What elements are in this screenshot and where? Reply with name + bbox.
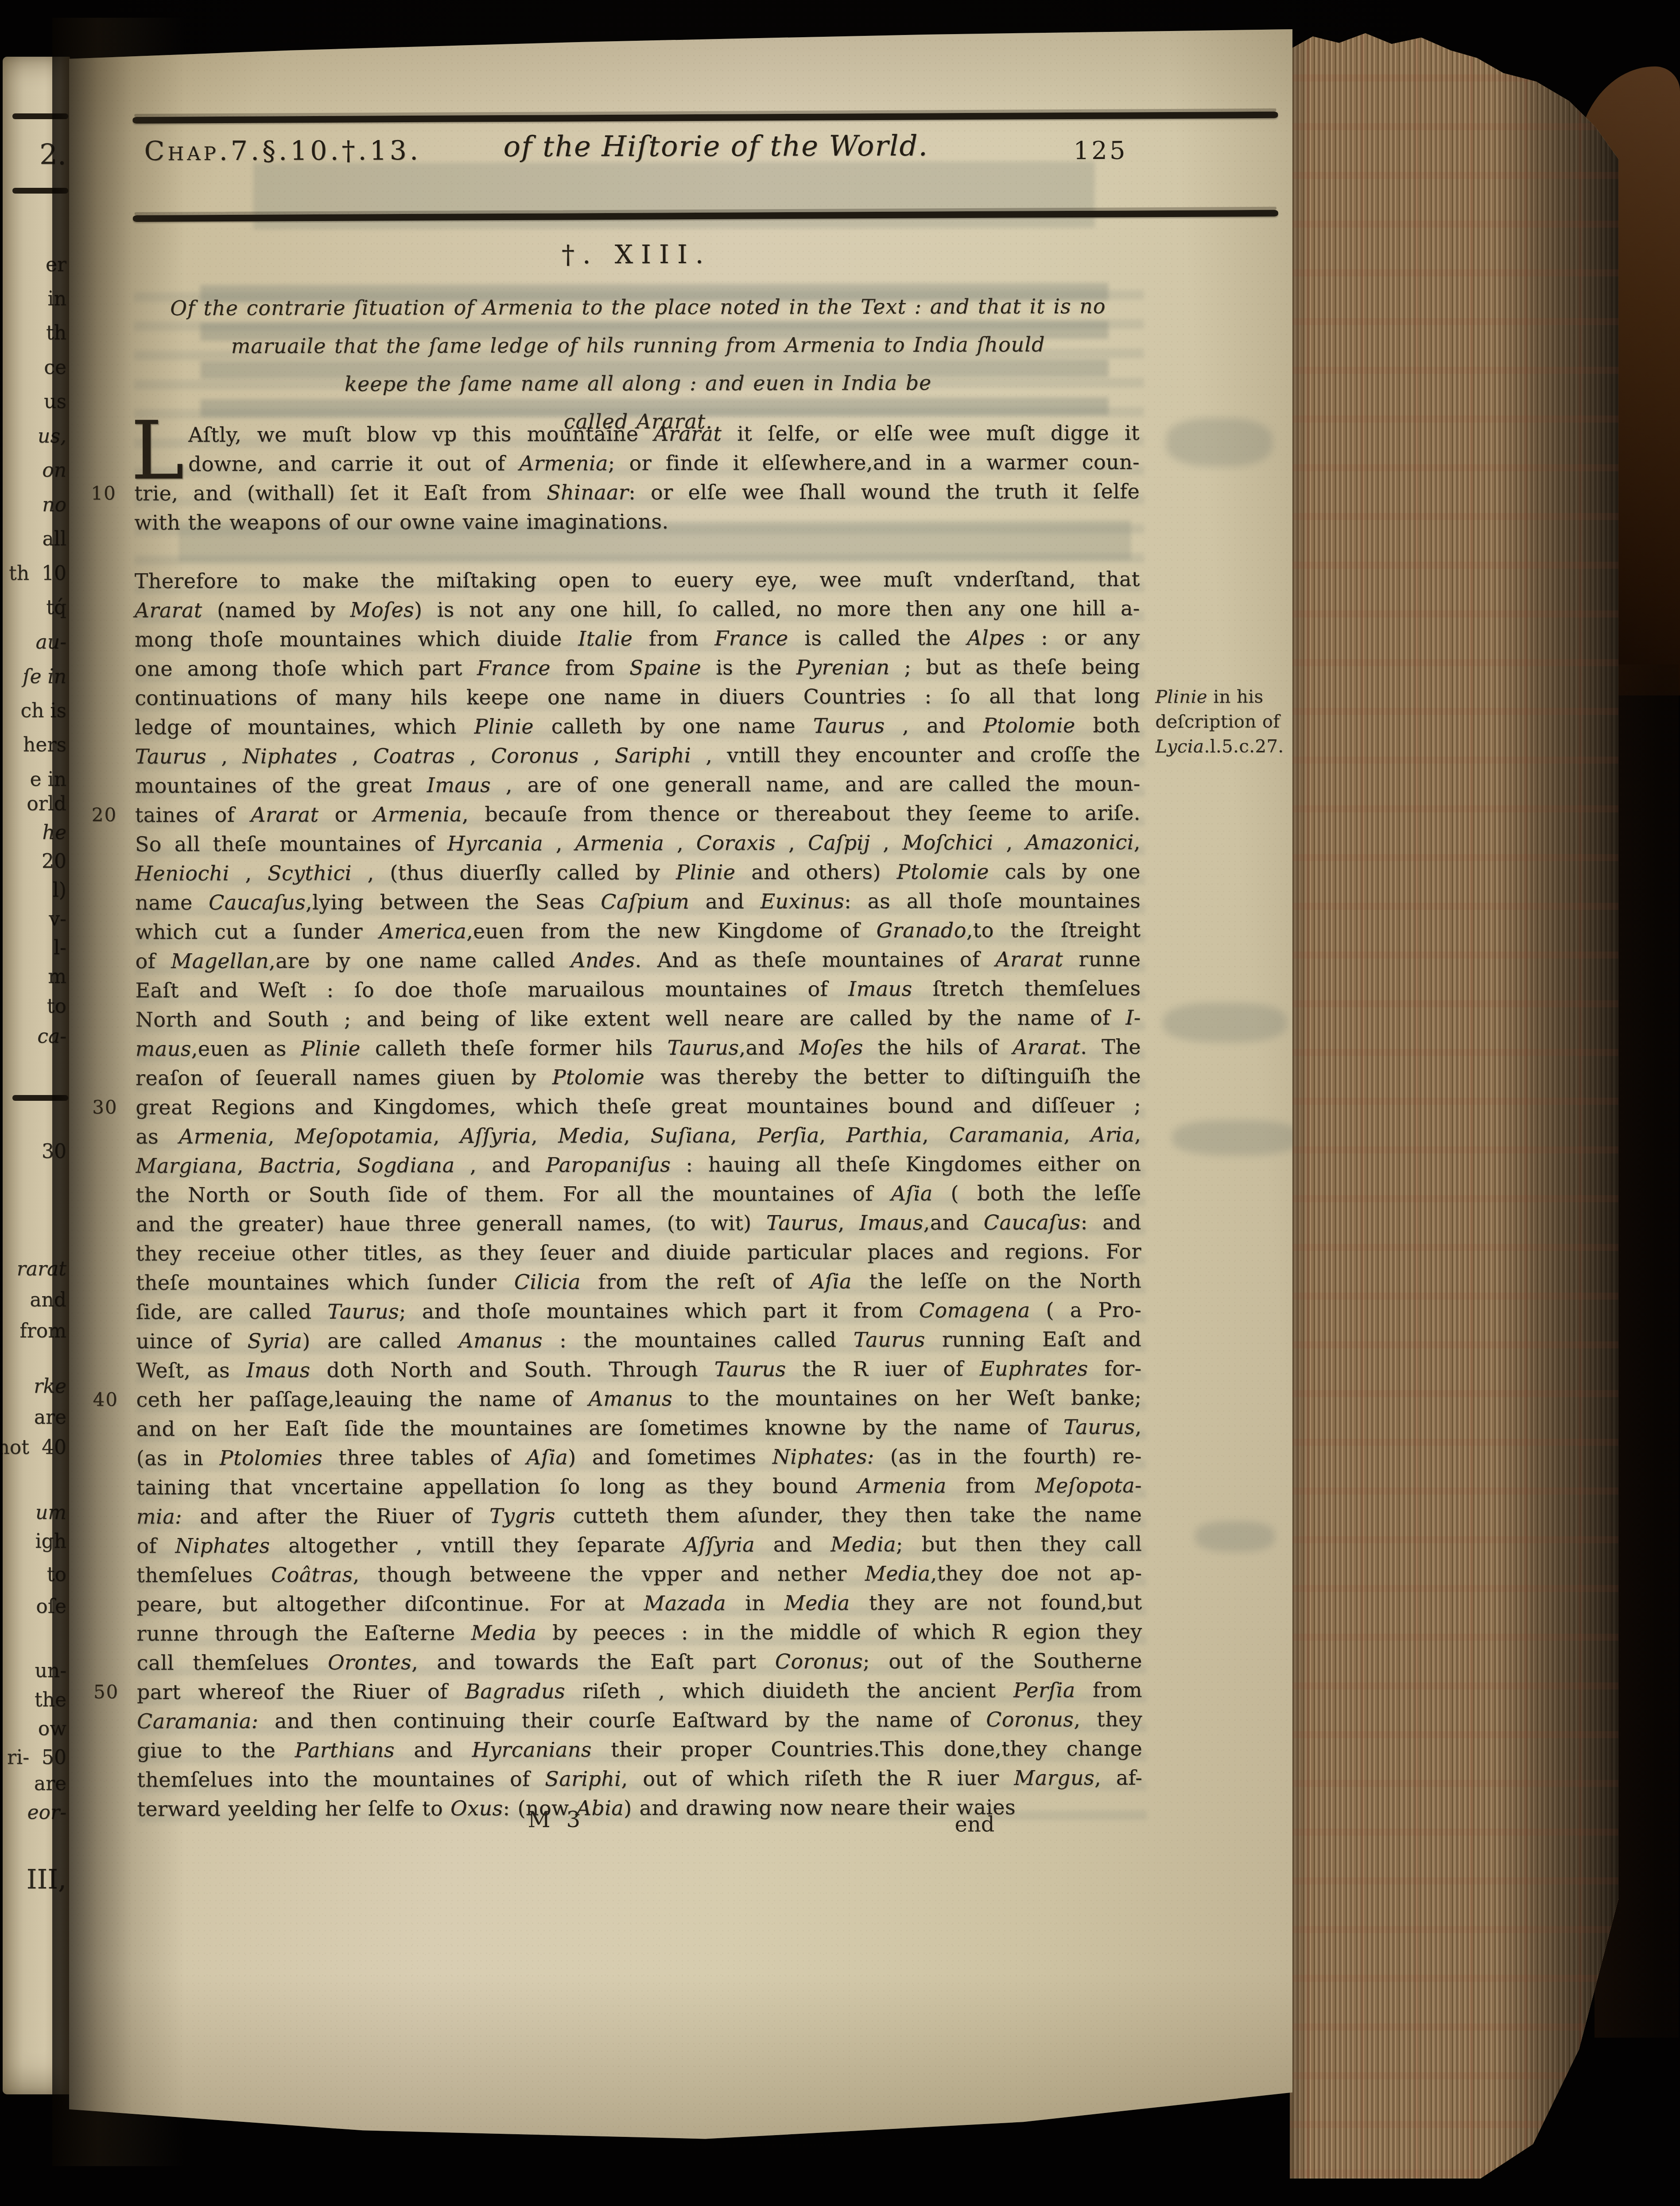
section-heading: †. XIII. [134,238,1139,271]
text-line: ſide, are called Taurus; and thoſe mount… [136,1295,1141,1327]
roman-text: , [268,1124,295,1148]
facing-page-text-fragment: ca- [37,1027,66,1046]
roman-text: or [318,802,373,826]
italic-text: maus [136,1037,191,1060]
facing-page-text-fragment: ow [38,1719,66,1739]
roman-text: and [755,1532,830,1556]
roman-text: ,euen as [191,1037,301,1061]
roman-text: .l.5.c.27. [1204,736,1284,757]
roman-text: Eaſt and Weſt : ſo doe thoſe maruailous … [135,977,848,1002]
roman-text: doth North and South. Through [310,1357,714,1382]
italic-text: Syria [247,1329,302,1353]
italic-text: Aſia [526,1445,568,1469]
facing-page-text-fragment: e in [30,770,66,789]
roman-text: call themſelues [137,1651,328,1675]
roman-text: running Eaſt and [925,1327,1142,1352]
facing-page-text-fragment: rke [34,1377,66,1396]
facing-page-edge: 2.erinthceusus,onnoallth 10tq́au-ſe inch… [3,57,70,2094]
text-line: 30great Regions and Kingdomes, which the… [136,1091,1141,1122]
facing-page-text-fragment: v- [49,909,66,929]
roman-text: . And as theſe mountaines of [635,948,995,972]
italic-text: Hyrcania [447,831,543,855]
facing-page-text-fragment: tq́ [46,598,66,618]
roman-text: their proper Countries.This done,they ch… [592,1736,1143,1762]
margin-note: Plinie in hisdeſcription ofLycia.l.5.c.2… [1155,684,1301,759]
facing-page-text-fragment: um [35,1503,66,1522]
roman-text: themſelues [136,1563,271,1587]
facing-page-text-fragment: orld [27,794,66,814]
margin-note-line: deſcription of [1155,709,1301,734]
italic-text: Parthia [846,1123,922,1147]
roman-text: , [1135,1415,1142,1439]
facing-page-text-fragment: he [43,823,66,843]
roman-text: deſcription of [1155,711,1280,732]
roman-text: , [433,1124,460,1148]
roman-text: was thereby the better to diſtinguiſh th… [644,1064,1141,1089]
italic-text: Plinie [1155,687,1207,707]
roman-text: , [335,1153,357,1177]
roman-text: , [838,1211,860,1235]
italic-text: Plinie [676,860,735,884]
facing-page-text-fragment: un- [35,1661,66,1681]
roman-text: ,are by one name called [269,948,571,973]
running-title: of the Hiſtorie of the World. [503,130,928,163]
roman-text: . The [1080,1035,1141,1059]
roman-text: ; or finde it elſewhere,and in a warmer … [608,450,1140,475]
facing-page-text-fragment: eor- [27,1803,66,1822]
italic-text: Media [558,1123,624,1147]
line-number: 20 [92,800,131,830]
facing-page-text-fragment: to [47,1565,66,1585]
roman-text: ) are called [302,1328,458,1353]
roman-text: they receiue other titles, as they ſeuer… [136,1239,1141,1266]
roman-text: ( a Pro- [1030,1298,1142,1322]
roman-text: with the weapons of our owne vaine imagi… [134,509,668,535]
facing-page-text-fragment: ch is [20,701,66,721]
italic-text: Coatras [373,744,455,768]
italic-text: Bagradus [465,1679,565,1703]
italic-text: Moſes [350,598,414,621]
italic-text: Caucaſus [209,890,306,914]
italic-text: Armenia [373,802,462,826]
roman-text: to the mountaines on her Weſt banke; [672,1386,1142,1410]
italic-text: Caucaſus [984,1210,1081,1234]
text-line: the North or South ſide of them. For all… [136,1178,1141,1210]
italic-text: Tygris [489,1504,555,1528]
facing-page-text-fragment: the [35,1690,66,1710]
roman-text: , [922,1123,949,1147]
italic-text: Perſia [1013,1678,1075,1702]
roman-text: both [1075,713,1141,737]
italic-text: Media [784,1591,850,1615]
italic-text: Ararat [654,422,722,446]
roman-text: as [136,1124,179,1148]
roman-text: , and towards the Eaſt part [411,1650,775,1674]
roman-text: ,euen from the new Kingdome of [466,918,877,943]
roman-text: : and [1081,1210,1141,1234]
roman-text: taining that vncertaine appellation ſo l… [136,1474,857,1499]
roman-text: ceth her paſſage,leauing the name of [136,1387,588,1411]
italic-text: Armenia [179,1124,268,1148]
roman-text: , (thus diuerſly called by [352,860,676,885]
italic-text: Plinie [474,715,533,738]
facing-page-rule [12,1095,68,1101]
roman-text: , [1063,1122,1090,1146]
italic-text: Spaine [629,656,701,680]
italic-text: Suſiana [651,1123,730,1147]
roman-text: , [543,831,575,855]
roman-text: trie, and (withall) ſet it Eaſt from [134,481,547,505]
text-line: mia: and after the Riuer of Tygris cutte… [136,1500,1142,1531]
italic-text: Media [865,1561,931,1585]
text-line: giue to the Parthians and Hyrcanians the… [137,1734,1142,1765]
roman-text: reaſon of ſeuerall names giuen by [136,1065,552,1090]
facing-page-rule [12,113,68,119]
roman-text: altogether , vntill they ſeparate [270,1533,684,1557]
facing-page-text-fragment: hers [23,735,66,755]
italic-text: Aſia [891,1181,933,1205]
roman-text: mountaines of the great [135,773,427,797]
italic-text: Taurus [854,1328,925,1352]
roman-text: : or elſe wee ſhall wound the truth it ſ… [629,479,1140,504]
roman-text: is called the [788,626,967,650]
line-number: 40 [93,1385,132,1414]
text-line: ledge of mountaines, which Plinie callet… [135,711,1140,742]
roman-text: name [135,890,209,914]
facing-page-text-fragment: 20 [42,852,66,871]
roman-text: the hils of [863,1035,1013,1059]
italic-text: Orontes [328,1650,411,1674]
italic-text: Meſopotamia [295,1124,433,1148]
text-line: of Niphates altogether , vntill they ſep… [136,1529,1142,1561]
italic-text: Margus [1014,1766,1094,1790]
text-line: peare, but altogether diſcontinue. For a… [136,1588,1142,1619]
italic-text: Caramania: [137,1709,258,1733]
roman-text: and [689,889,760,913]
roman-text: and then continuing their courſe Eaſtwar… [258,1708,986,1733]
italic-text: Alpes [967,625,1024,649]
italic-text: Hyrcanians [472,1737,591,1762]
fore-edge-pages [1290,26,1618,2179]
roman-text: ,and [923,1211,984,1235]
text-line: Taurus , Niphates , Coatras , Coronus , … [135,740,1140,771]
roman-text: of [135,949,171,973]
text-line: mong thoſe mountaines which diuide Itali… [135,623,1140,654]
italic-text: Perſia [757,1123,819,1147]
roman-text: ; out of the Southerne [863,1649,1142,1673]
facing-page-text-fragment: are [34,1774,66,1794]
roman-text: , [776,831,808,854]
roman-text: calleth by one name [534,714,813,738]
roman-text: Aſtly, we muſt blow vp this mountaine [188,422,654,447]
italic-text: Coraxis [696,831,776,855]
facing-page-text-fragment: us, [38,427,66,446]
text-line: with the weapons of our owne vaine imagi… [134,506,1140,537]
italic-text: Amazonici [1025,830,1134,854]
roman-text: : as all thoſe mountaines [844,889,1141,913]
facing-page-text-fragment: th 10 [9,564,66,583]
facing-page-text-fragment: from [19,1321,66,1341]
italic-text: Ararat [995,947,1063,971]
text-line: mountaines of the great Imaus , are of o… [135,769,1141,800]
italic-text: Oxus [450,1796,503,1820]
page-number: 125 [1074,136,1128,165]
facing-page-rule [12,188,68,194]
roman-text: and on her Eaſt ſide the mountaines are … [136,1415,1063,1441]
margin-note-line: Lycia.l.5.c.27. [1155,734,1301,759]
text-line: which cut a ſunder America,euen from the… [135,915,1141,947]
roman-text: and after the Riuer of [182,1504,489,1528]
roman-text: it ſelfe, or elſe wee muſt digge it [722,421,1140,446]
roman-text: ,and [739,1035,799,1059]
italic-text: Euxinus [760,889,845,913]
roman-text: ) is not any one hill, ſo called, no mor… [414,596,1140,621]
italic-text: Paropaniſus [546,1153,671,1177]
roman-text: , [337,744,373,768]
italic-text: Amanus [458,1328,543,1352]
roman-text: mong thoſe mountaines which diuide [135,626,578,651]
roman-text: So all theſe mountaines of [135,831,447,856]
italic-text: Imaus [427,773,491,797]
facing-page-text-fragment: to [47,997,66,1016]
roman-text: , are of one generall name, and are call… [491,772,1141,797]
roman-text: , [206,744,242,768]
italic-text: Ptolomie [552,1065,644,1089]
roman-text: , though betweene the vpper and nether [353,1561,865,1586]
text-line: Heniochi , Scythici , (thus diuerſly cal… [135,857,1141,888]
italic-text: Ararat [1013,1035,1080,1059]
roman-text: and [395,1738,472,1762]
roman-text: great Regions and Kingdomes, which theſe… [136,1093,1141,1119]
roman-text: , out of which riſeth the R iuer [621,1766,1014,1790]
roman-text: in his [1207,687,1264,707]
facing-page-text-fragment: rarat [17,1259,66,1279]
italic-text: Sariphi [615,743,691,767]
roman-text: (as in the fourth) re- [874,1444,1142,1468]
argument-line: keepe the ſame name all along : and euen… [134,363,1142,404]
italic-text: Scythici [268,861,352,885]
italic-text: Aria [1090,1122,1134,1146]
roman-text: for- [1088,1356,1141,1380]
facing-page-text-fragment: are [34,1408,66,1427]
chapter-label: Chap.7.§.10.†.13. [144,135,422,167]
text-line: 40ceth her paſſage,leauing the name of A… [136,1383,1141,1414]
roman-text: theſe mountaines which ſunder [136,1270,514,1295]
text-line: runne through the Eaſterne Media by peec… [137,1617,1142,1648]
text-line: themſelues Coâtras, though betweene the … [136,1558,1142,1590]
catchword: end [954,1812,994,1837]
italic-text: Heniochi [135,861,229,885]
facing-page-text-fragment: igh [35,1532,66,1551]
roman-text: uince of [136,1329,247,1353]
facing-page-text-fragment: au- [36,633,66,652]
roman-text: which cut a ſunder [135,919,379,944]
facing-page-text-fragment: l- [54,938,66,958]
text-line: Ararat (named by Moſes) is not any one h… [135,594,1140,625]
text-line: Caramania: and then continuing their cou… [137,1705,1142,1736]
text-line: of Magellan,are by one name called Andes… [135,944,1141,976]
roman-text: ) and ſometimes [568,1445,772,1469]
italic-text: mia: [136,1504,182,1528]
italic-text: Niphates: [772,1445,874,1468]
roman-text: ſtretch themſelues [912,976,1141,1001]
italic-text: Imaus [859,1211,923,1235]
roman-text: , [664,831,696,855]
italic-text: Aſia [810,1269,852,1293]
roman-text: from the reſt of [581,1269,810,1293]
facing-page-text-fragment: ri- 50 [7,1748,66,1767]
text-line: 10trie, and (withall) ſet it Eaſt from S… [134,477,1140,508]
italic-text: Italie [578,626,632,650]
italic-text: Comagena [919,1298,1030,1322]
roman-text: , [1134,830,1141,854]
italic-text: Magellan [171,949,269,973]
italic-text: Armenia [519,451,608,475]
roman-text: , [1134,1122,1141,1146]
text-line: they receiue other titles, as they ſeuer… [136,1237,1141,1268]
roman-text: cutteth them aſunder, they then take the… [555,1503,1142,1528]
roman-text: , vntill they encounter and croſſe the [691,742,1140,767]
italic-text: Coronus [986,1707,1074,1731]
italic-text: France [714,626,788,650]
italic-text: Taurus [1063,1415,1135,1439]
text-line: call themſelues Orontes, and towards the… [137,1646,1142,1678]
roman-text: , [993,830,1026,854]
signature-mark: M 3 [528,1806,585,1832]
text-line: continuations of many hils keepe one nam… [135,681,1140,713]
italic-text: Niphates [242,744,337,768]
header-rule-bottom [133,210,1278,222]
italic-text: Imaus [848,977,912,1001]
roman-text: ,lying between the Seas [306,889,601,914]
italic-text: Sogdiana [357,1153,455,1177]
text-line: one among thoſe which part France from S… [135,652,1140,684]
roman-text: ledge of mountaines, which [135,715,474,739]
text-line: downe, and carrie it out of Armenia; or … [134,447,1140,479]
text-line: and the greater) haue three generall nam… [136,1208,1141,1239]
italic-text: Caſpij [808,831,870,854]
roman-text: they are not found,but [850,1590,1142,1615]
italic-text: Granado [876,918,966,942]
roman-text: calleth theſe former hils [361,1036,667,1060]
facing-page-text-fragment: l) [53,881,66,900]
roman-text: by peeces : in the middle of which R egi… [536,1620,1142,1645]
roman-text: ſide, are called [136,1300,327,1324]
italic-text: Ptolomies [219,1446,322,1470]
italic-text: Taurus [135,744,206,768]
roman-text: (as in [136,1446,220,1470]
text-line: name Caucaſus,lying between the Seas Caſ… [135,886,1141,917]
facing-page-text-fragment: th [46,323,66,343]
italic-text: Bactria [259,1153,335,1177]
italic-text: Media [830,1532,896,1556]
roman-text: the North or South ſide of them. For all… [136,1181,891,1207]
text-line: So all theſe mountaines of Hyrcania , Ar… [135,827,1141,859]
italic-text: Taurus [766,1211,838,1235]
roman-text: ( both the leſſe [933,1181,1141,1205]
facing-page-text-fragment: on [42,461,66,480]
roman-text: ,to the ſtreight [966,918,1141,942]
italic-text: Caramania [949,1122,1064,1147]
roman-text: is the [701,655,796,679]
roman-text: one among thoſe which part [135,656,477,681]
facing-page-text-fragment: III, [27,1866,66,1893]
italic-text: Mazada [644,1591,726,1615]
text-line: reaſon of ſeuerall names giuen by Ptolom… [136,1061,1141,1093]
roman-text: North and South ; and being of like exte… [136,1006,1126,1032]
roman-text: : hauing all theſe Kingdomes either on [671,1152,1141,1177]
argument-line: Of the contrarie ſituation of Armenia to… [134,287,1142,327]
italic-text: Plinie [301,1037,360,1060]
roman-text: , [870,831,902,854]
facing-page-text-fragment: in [48,289,66,309]
text-line: North and South ; and being of like exte… [136,1003,1141,1034]
roman-text: , [229,861,268,885]
italic-text: Moſes [799,1035,863,1059]
roman-text: giue to the [137,1738,295,1763]
roman-text: and others) [735,860,896,884]
text-line: Aſtly, we muſt blow vp this mountaine Ar… [134,418,1140,450]
italic-text: Niphates [175,1534,270,1557]
roman-text: ; and thoſe mountaines which part it fro… [399,1298,919,1323]
roman-text: , and [885,714,983,738]
text-line: Weſt, as Imaus doth North and South. Thr… [136,1354,1141,1385]
roman-text: part whereof the Riuer of [137,1679,465,1704]
roman-text: riſeth , which diuideth the ancient [565,1678,1013,1703]
italic-text: Ptolomie [983,713,1075,737]
roman-text: the leſſe on the North [852,1269,1141,1293]
margin-smudge [1163,1002,1287,1043]
text-line: Therefore to make the miſtaking open to … [135,564,1140,596]
italic-text: Armenia [575,831,664,855]
roman-text: : or any [1024,625,1140,650]
roman-text: peare, but altogether diſcontinue. For a… [136,1591,644,1616]
roman-text: three tables of [322,1445,526,1470]
roman-text: from [632,626,714,650]
roman-text: , [819,1123,846,1147]
margin-smudge [1172,1120,1300,1156]
italic-text: Margiana [136,1153,237,1177]
facing-page-text-fragment: not 40 [3,1438,66,1457]
roman-text: cals by one [989,859,1141,884]
book-photo: 2.erinthceusus,onnoallth 10tq́au-ſe inch… [0,0,1680,2206]
italic-text: France [477,656,551,680]
italic-text: Coronus [491,743,578,767]
italic-text: America [379,919,466,943]
italic-text: Parthians [295,1738,395,1762]
italic-text: Taurus [667,1036,739,1060]
margin-note-line: Plinie in his [1155,684,1301,710]
line-number: 50 [93,1678,132,1707]
roman-text: Therefore to make the miſtaking open to … [135,567,1140,593]
italic-text: Taurus [327,1299,399,1323]
text-line: Margiana, Bactria, Sogdiana , and Paropa… [136,1149,1141,1181]
roman-text: , they [1074,1707,1142,1731]
text-line: 20taines of Ararat or Armenia, becauſe f… [135,798,1141,830]
italic-text: Caſpium [601,889,689,913]
roman-text: runne [1063,947,1141,971]
facing-page-text-fragment: no [42,495,66,515]
roman-text: : the mountaines called [543,1328,854,1352]
italic-text: Ararat [251,803,318,827]
roman-text: of [136,1534,175,1557]
italic-text: Pyrenian [796,655,890,679]
italic-text: I- [1125,1006,1141,1029]
line-number: 10 [91,479,130,508]
italic-text: Meſopota- [1035,1473,1142,1498]
text-line: (as in Ptolomies three tables of Aſia) a… [136,1441,1142,1473]
margin-smudge [1195,1521,1275,1552]
